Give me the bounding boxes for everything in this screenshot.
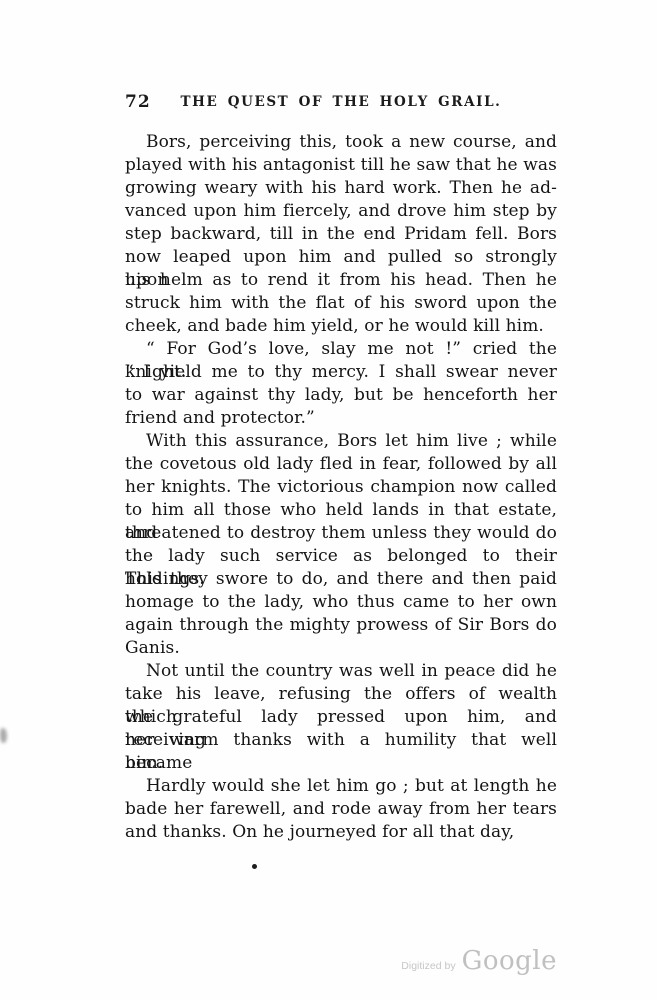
watermark-prefix: Digitized by [401, 960, 455, 972]
ink-speck [252, 864, 257, 869]
text-line: her knights. The victorious champion now… [125, 476, 557, 499]
text-line: homage to the lady, who thus came to her… [125, 591, 557, 614]
text-line: With this assurance, Bors let him live ;… [125, 430, 557, 453]
page-header: 72 THE QUEST OF THE HOLY GRAIL. [125, 92, 557, 112]
text-line: to war against thy lady, but be hencefor… [125, 384, 557, 407]
scan-edge-artifact [0, 728, 7, 743]
text-line: her warm thanks with a humility that wel… [125, 729, 557, 752]
text-line: cheek, and bade him yield, or he would k… [125, 315, 557, 338]
text-line: Bors, perceiving this, took a new course… [125, 131, 557, 154]
text-line: step backward, till in the end Pridam fe… [125, 223, 557, 246]
text-line: vanced upon him fiercely, and drove him … [125, 200, 557, 223]
text-line: the lady such service as belonged to the… [125, 545, 557, 568]
text-line: the covetous old lady fled in fear, foll… [125, 453, 557, 476]
text-line: played with his antagonist till he saw t… [125, 154, 557, 177]
text-line: take his leave, refusing the offers of w… [125, 683, 557, 706]
text-line: growing weary with his hard work. Then h… [125, 177, 557, 200]
text-line: again through the mighty prowess of Sir … [125, 614, 557, 637]
text-line: to him all those who held lands in that … [125, 499, 557, 522]
text-line: “ I yield me to thy mercy. I shall swear… [125, 361, 557, 384]
text-line: Hardly would she let him go ; but at len… [125, 775, 557, 798]
text-line: threatened to destroy them unless they w… [125, 522, 557, 545]
text-line: “ For God’s love, slay me not !” cried t… [125, 338, 557, 361]
text-line: Ganis. [125, 637, 557, 660]
text-line: the grateful lady pressed upon him, and … [125, 706, 557, 729]
page-text: Bors, perceiving this, took a new course… [125, 131, 557, 844]
book-page-scan: 72 THE QUEST OF THE HOLY GRAIL. Bors, pe… [0, 0, 657, 1000]
text-line: now leaped upon him and pulled so strong… [125, 246, 557, 269]
digitized-watermark: Digitized by Google [401, 946, 557, 976]
running-title: THE QUEST OF THE HOLY GRAIL. [125, 94, 557, 110]
text-line: bade her farewell, and rode away from he… [125, 798, 557, 821]
text-line: friend and protector.” [125, 407, 557, 430]
text-line: struck him with the flat of his sword up… [125, 292, 557, 315]
google-logo: Google [462, 946, 557, 976]
text-line: and thanks. On he journeyed for all that… [125, 821, 557, 844]
text-line: This they swore to do, and there and the… [125, 568, 557, 591]
text-line: his helm as to rend it from his head. Th… [125, 269, 557, 292]
text-line: Not until the country was well in peace … [125, 660, 557, 683]
